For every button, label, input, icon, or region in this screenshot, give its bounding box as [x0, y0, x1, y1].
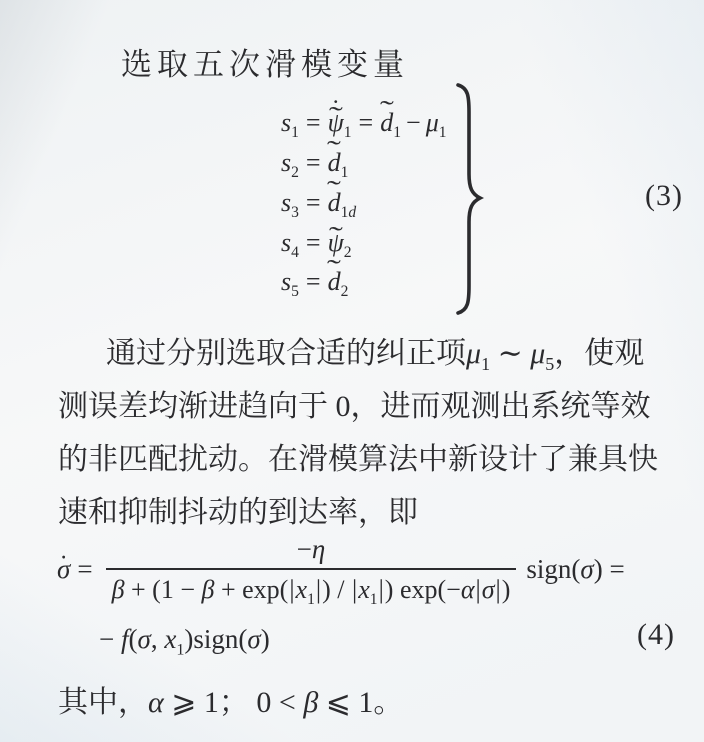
subscript: 1: [393, 124, 401, 141]
psi-tilde-dot: ˙˜ψ: [328, 107, 344, 138]
psi-tilde: ˜ψ: [328, 227, 344, 258]
sign-text: sign(: [193, 624, 247, 654]
minus-sign: −: [297, 534, 312, 564]
d-tilde: ˜d: [328, 187, 341, 218]
abs-bar: |: [495, 575, 502, 604]
var-s: s: [281, 148, 291, 177]
subscript: 5: [545, 354, 554, 374]
fraction: −η β + (1 − β + exp(|x1|) / |x1|) exp(−α…: [106, 535, 517, 605]
var-beta: β: [112, 575, 125, 604]
var-alpha: α: [148, 686, 164, 719]
tilde-accent-icon: ˜: [311, 224, 361, 250]
var-f: f: [121, 624, 129, 654]
var-sigma: σ: [138, 624, 151, 654]
constraints-text: 其中，: [58, 686, 148, 719]
abs-bar: |: [288, 575, 295, 604]
paragraph-text: ，使观: [554, 337, 644, 370]
sign-close: ) =: [594, 554, 625, 584]
den-text: ) /: [322, 575, 351, 604]
var-s: s: [281, 228, 291, 257]
subscript: 1: [291, 124, 299, 141]
equation-3-line-3: s3=˜d1d: [281, 187, 356, 218]
equation-3-line-2: s2=˜d1: [281, 147, 348, 178]
equation-4-line-1: ˙σ = −η β + (1 − β + exp(|x1|) / |x1|) e…: [57, 535, 625, 605]
var-s: s: [281, 108, 291, 137]
section-heading: 选取五次滑模变量: [121, 39, 409, 84]
constraints-line: 其中，α ⩾ 1； 0 < β ⩽ 1。: [58, 686, 403, 721]
d-tilde: ˜d: [380, 107, 393, 138]
subscript: 1: [307, 591, 315, 608]
var-x: x: [296, 575, 308, 604]
subscript: 1: [439, 124, 447, 141]
sign-function: sign(σ) =: [526, 554, 624, 585]
d-tilde: ˜d: [328, 266, 341, 297]
paper-page: 选取五次滑模变量 s1=˙˜ψ1=˜d1−μ1 s2=˜d1 s3=˜d1d s…: [0, 0, 704, 742]
var-x: x: [358, 575, 370, 604]
d-tilde: ˜d: [328, 147, 341, 178]
fraction-numerator: −η: [293, 535, 330, 568]
den-text: ) exp(−: [385, 575, 461, 604]
subscript: 4: [291, 244, 299, 261]
equation-3-line-1: s1=˙˜ψ1=˜d1−μ1: [281, 107, 447, 138]
dot-accent-icon: ˙: [47, 552, 79, 579]
tilde-accent-icon: ˜: [362, 98, 412, 124]
subscript-d: d: [348, 204, 356, 221]
paragraph-line-2: 测误差均渐进趋向于 0，进而观测出系统等效: [58, 390, 651, 425]
var-x: x: [164, 624, 176, 654]
paragraph-line-3: 的非匹配扰动。在滑模算法中新设计了兼具快: [58, 443, 658, 478]
abs-bar: |: [378, 575, 385, 604]
subscript: 5: [291, 283, 299, 300]
abs-bar: |: [474, 575, 481, 604]
tilde-accent-icon: ˜: [309, 138, 359, 164]
var-alpha: α: [461, 575, 475, 604]
paren: ): [261, 624, 270, 654]
den-text: + exp(: [214, 575, 288, 604]
subscript: 3: [291, 204, 299, 221]
subscript: 1: [370, 591, 378, 608]
right-brace-icon: [452, 82, 484, 316]
subscript: 1d: [341, 204, 357, 221]
var-beta: β: [202, 575, 215, 604]
minus-sign: −: [99, 624, 121, 654]
var-mu: μ: [530, 337, 545, 370]
tilde-accent-icon: ˜: [309, 257, 359, 283]
var-s: s: [281, 188, 291, 217]
paragraph-line-4: 速和抑制抖动的到达率，即: [58, 496, 418, 531]
equation-4-line-2: − f(σ, x1)sign(σ): [99, 624, 270, 655]
var-s: s: [281, 267, 291, 296]
sign-text: sign(: [526, 554, 580, 584]
equation-number-3: (3): [645, 179, 683, 213]
tilde-accent-icon: ˜: [311, 104, 361, 130]
paren: (: [129, 624, 138, 654]
paragraph-text: 通过分别选取合适的纠正项: [106, 337, 466, 370]
var-mu: μ: [466, 337, 481, 370]
var-sigma: σ: [247, 624, 260, 654]
tilde-range: ∼: [490, 337, 530, 370]
constraints-text: ⩽ 1。: [318, 686, 403, 719]
var-sigma: σ: [482, 575, 495, 604]
den-text: ): [502, 575, 511, 604]
comma: ,: [151, 624, 165, 654]
equation-3-line-4: s4=˜ψ2: [281, 227, 352, 258]
tilde-accent-icon: ˜: [309, 178, 359, 204]
sigma-dot: ˙σ: [57, 554, 70, 585]
equation-3-line-5: s5=˜d2: [281, 266, 348, 297]
subscript: 1: [481, 354, 490, 374]
constraints-text: ⩾ 1； 0 <: [164, 686, 304, 719]
subscript: 2: [341, 283, 349, 300]
den-text: + (1 −: [125, 575, 202, 604]
var-sigma: σ: [580, 554, 593, 584]
paragraph-line-1: 通过分别选取合适的纠正项μ1 ∼ μ5，使观: [106, 337, 644, 372]
fraction-denominator: β + (1 − β + exp(|x1|) / |x1|) exp(−α|σ|…: [106, 568, 517, 605]
equation-number-4: (4): [637, 618, 675, 652]
var-eta: η: [312, 534, 325, 564]
var-mu: μ: [426, 108, 439, 137]
var-beta: β: [303, 686, 318, 719]
subscript: 2: [291, 164, 299, 181]
